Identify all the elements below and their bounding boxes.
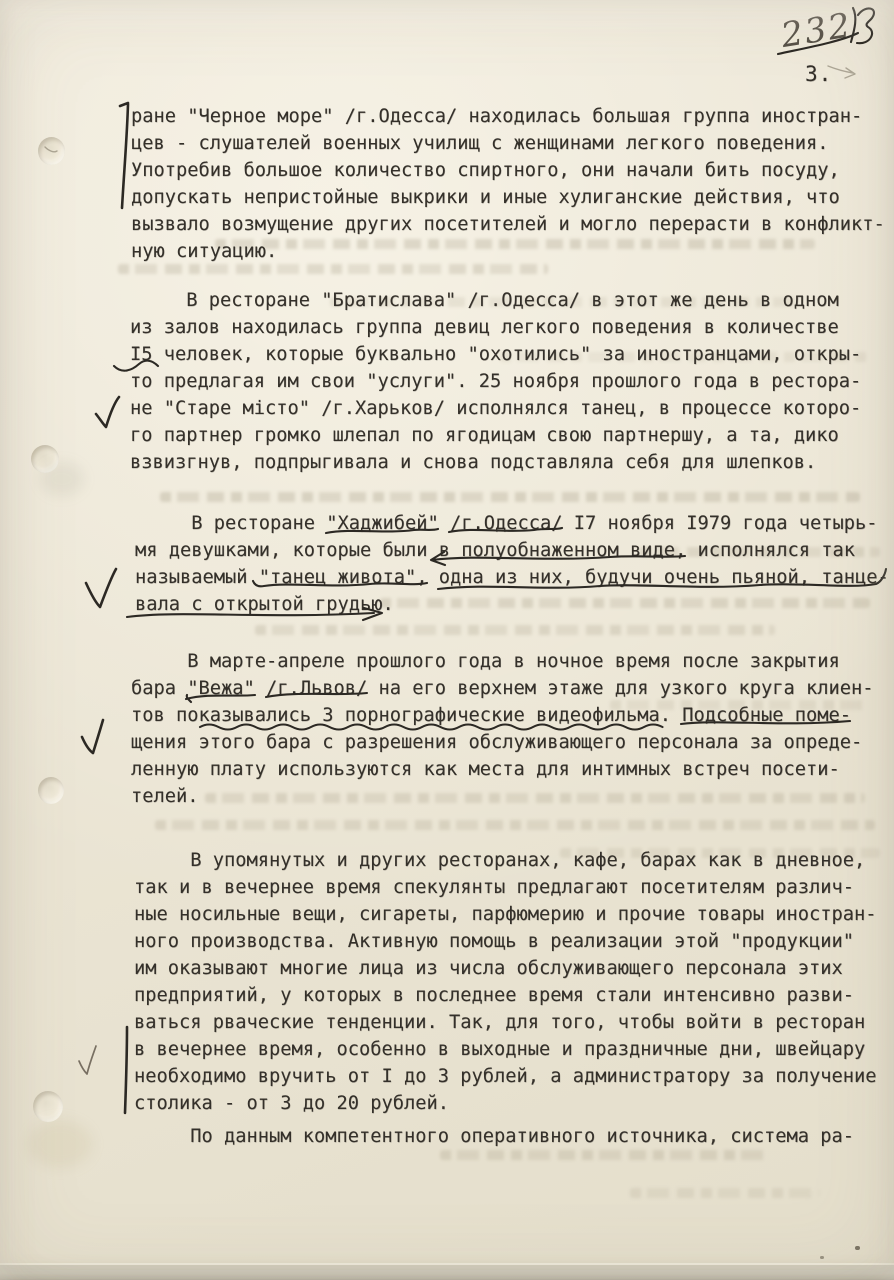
hole-punch [38, 137, 65, 165]
bleed-through-line [118, 264, 548, 274]
text-line: В упомянутых и других ресторанах, кафе, … [134, 847, 877, 874]
text-line: необходимо вручить от I до 3 рублей, а а… [134, 1063, 877, 1090]
handwritten-underline [778, 33, 858, 54]
typed-paragraph: ране "Черное море" /г.Одесса/ находилась… [131, 103, 885, 265]
text-line: не "Старе місто" /г.Харьков/ исполнялся … [130, 395, 861, 422]
text-line: го партнер громко шлепал по ягодицам сво… [130, 422, 861, 449]
checkmark-icon [96, 397, 119, 427]
text-line: предприятий, у которых в последнее время… [134, 982, 877, 1009]
typed-paragraph: В упомянутых и других ресторанах, кафе, … [134, 847, 877, 1117]
text-line: телей. [131, 783, 874, 810]
typed-paragraph: В ресторане "Хаджибей" /г.Одесса/ I7 ноя… [135, 510, 889, 618]
scanned-document-page: 3. ране "Черное море" /г.Одесса/ находил… [0, 0, 894, 1280]
text-line: В марте-апреле прошлого года в ночное вр… [131, 648, 874, 675]
text-line: тов показывались 3 порнографические виде… [131, 702, 874, 729]
text-line: вала с открытой грудью. [135, 591, 889, 618]
text-line: ные носильные вещи, сигареты, парфюмерию… [134, 901, 877, 928]
checkmark-icon [82, 720, 103, 753]
text-line: ленную плату используются как места для … [131, 756, 874, 783]
page-edge [0, 1263, 894, 1280]
margin-line [125, 1027, 127, 1113]
text-line: I5 человек, которые буквально "охотились… [130, 341, 861, 368]
edge-speck [855, 1246, 860, 1250]
handwritten-number: 232 [777, 5, 854, 56]
text-line: Употребив большое количество спиртного, … [131, 157, 885, 184]
checkmark-icon [86, 569, 116, 607]
text-line: то предлагая им свои "услуги". 25 ноября… [130, 368, 861, 395]
hole-punch [38, 777, 64, 804]
handwritten-flourish [851, 8, 855, 42]
text-line: из залов находилась группа девиц легкого… [130, 314, 861, 341]
checkmark-icon [79, 1046, 96, 1074]
text-line: В ресторане "Хаджибей" /г.Одесса/ I7 ноя… [135, 510, 889, 537]
text-line: ваться рваческие тенденции. Так, для тог… [134, 1009, 877, 1036]
handwritten-flourish [857, 8, 874, 43]
text-line: в вечернее время, особенно в выходные и … [134, 1036, 877, 1063]
paper-stain [28, 1120, 92, 1168]
bleed-through-line [155, 820, 875, 830]
text-line: взвизгнув, подпрыгивала и снова подставл… [130, 449, 861, 476]
text-line: допускать непристойные выкрики и иные ху… [131, 184, 885, 211]
text-line: По данным компетентного оперативного ист… [134, 1123, 854, 1150]
bleed-through-line [160, 492, 860, 502]
typed-paragraph: В марте-апреле прошлого года в ночное вр… [131, 648, 874, 810]
edge-speck [820, 1256, 824, 1259]
text-line: мя девушками, которые были в полуобнажен… [135, 537, 889, 564]
margin-line [120, 103, 128, 208]
bleed-through-line [255, 625, 775, 635]
typed-paragraph: По данным компетентного оперативного ист… [134, 1123, 854, 1150]
text-line: столика - от 3 до 20 рублей. [134, 1090, 877, 1117]
hole-punch [33, 1091, 63, 1122]
text-line: ного производства. Активную помощь в реа… [134, 928, 877, 955]
bleed-through-line [440, 1150, 770, 1160]
typed-paragraph: В ресторане "Братислава" /г.Одесса/ в эт… [130, 287, 861, 476]
text-line: называемый "танец живота", одна из них, … [135, 564, 889, 591]
text-line: ную ситуацию. [131, 238, 885, 265]
text-line: так и в вечернее время спекулянты предла… [134, 874, 877, 901]
text-line: ране "Черное море" /г.Одесса/ находилась… [131, 103, 885, 130]
text-line: цев - слушателей военных училищ с женщин… [131, 130, 885, 157]
text-line: вызвало возмущение других посетителей и … [131, 211, 885, 238]
bleed-through-line [630, 1188, 820, 1198]
text-line: щения этого бара с разрешения обслуживаю… [131, 729, 874, 756]
text-line: им оказывают многие лица из числа обслуж… [134, 955, 877, 982]
text-line: бара "Вежа" /г.Львов/ на его верхнем эта… [131, 675, 874, 702]
hole-punch [31, 445, 59, 473]
text-line: В ресторане "Братислава" /г.Одесса/ в эт… [130, 287, 861, 314]
page-number: 3. [805, 62, 832, 86]
